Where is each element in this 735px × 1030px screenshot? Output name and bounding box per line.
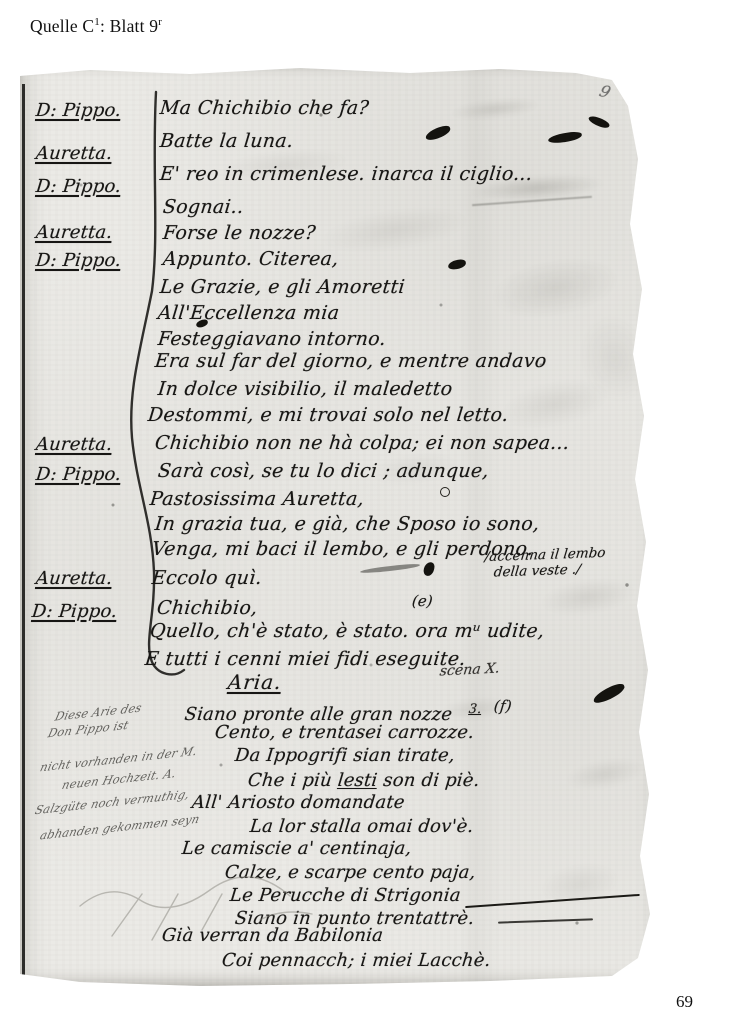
dialogue-line: Appunto. Citerea,	[162, 248, 340, 270]
dialogue-line: E' reo in crimenlese. inarca il ciglio..…	[159, 163, 534, 185]
pencil-scribble	[70, 844, 370, 954]
dialogue-line: In grazia tua, e già, che Sposo io sono,	[154, 513, 541, 535]
header-superscript-r: r	[158, 16, 162, 28]
header-text: Quelle C	[30, 16, 94, 36]
dialogue-line: Venga, mi baci il lembo, e gli perdono.	[151, 538, 535, 560]
ink-blot	[587, 114, 610, 131]
ink-blot	[424, 124, 452, 142]
speaker-label: D: Pippo.	[35, 176, 122, 197]
source-header: Quelle C1: Blatt 9r	[30, 16, 162, 37]
dialogue-line: Le Grazie, e gli Amoretti	[159, 276, 406, 298]
dialogue-line: Era sul far del giorno, e mentre andavo	[154, 350, 548, 372]
paper-specks	[20, 64, 22, 66]
bleed-through-smudge	[538, 573, 638, 620]
dialogue-line: E tutti i cenni miei fidi eseguite.	[144, 648, 467, 670]
speaker-label: Auretta.	[35, 568, 114, 589]
ink-smear	[360, 563, 420, 574]
speaker-label: D: Pippo.	[35, 250, 122, 271]
dialogue-line: All'Eccellenza mia	[157, 302, 341, 324]
speaker-label: D: Pippo.	[31, 601, 118, 622]
book-page: Quelle C1: Blatt 9r 9 D: Pippo. Auretta.…	[0, 0, 735, 1030]
aria-line: La lor stalla omai dov'è.	[249, 816, 475, 837]
scan-left-border	[22, 84, 25, 976]
ink-blot	[422, 561, 435, 577]
dialogue-line: Sognai..	[162, 196, 245, 218]
dialogue-line: Ma Chichibio che fa?	[159, 97, 370, 119]
aria-line: Cento, e trentasei carrozze.	[214, 722, 475, 743]
dialogue-line: Pastosissima Auretta,	[149, 488, 365, 510]
aria-line-text: son di piè.	[376, 770, 480, 791]
book-page-number: 69	[676, 992, 693, 1012]
dialogue-line: Eccolo quì.	[151, 567, 263, 589]
dialogue-line: In dolce visibilio, il maledetto	[157, 378, 454, 400]
aria-line: Da Ippogrifi sian tirate,	[234, 745, 456, 766]
stage-direction-note: della veste ./	[493, 561, 582, 580]
header-text-mid: : Blatt 9	[100, 16, 158, 36]
bleed-through-smudge	[368, 448, 461, 490]
dialogue-line: Quello, ch'è stato, è stato. ora mᵘ udit…	[149, 620, 546, 642]
aria-line: All' Ariosto domandate	[191, 792, 406, 813]
correction-mark: (e)	[411, 592, 433, 610]
dialogue-line: Chichibio non ne hà colpa; ei non sapea.…	[154, 432, 571, 454]
dialogue-line: Destommi, e mi trovai solo nel letto.	[147, 404, 510, 426]
dialogue-line: Chichibio,	[156, 597, 259, 619]
aria-line: Che i più lesti son di piè.	[247, 770, 481, 791]
dialogue-line: Batte la luna.	[159, 130, 295, 152]
speaker-label: Auretta.	[35, 434, 114, 455]
flourish-dash	[498, 918, 593, 924]
manuscript-scan: 9 D: Pippo. Auretta. D: Pippo. Auretta. …	[20, 64, 670, 986]
german-marginal-note: abhanden gekommen seyn	[39, 811, 202, 842]
speaker-label: Auretta.	[35, 143, 114, 164]
ink-blot	[548, 131, 583, 145]
aria-heading: Aria.	[227, 670, 283, 694]
bleed-through-smudge	[537, 857, 623, 910]
folio-number: 9	[597, 81, 613, 101]
german-marginal-note: Salzgüte noch vermuthig,	[34, 787, 192, 818]
bleed-through-smudge	[449, 95, 540, 122]
scene-annotation: scena X.	[439, 660, 501, 679]
speaker-label: Auretta.	[35, 222, 114, 243]
underlined-word: lesti	[337, 770, 379, 791]
speaker-label: D: Pippo.	[35, 464, 122, 485]
ink-blot	[447, 259, 466, 271]
bleed-through-smudge	[318, 200, 472, 260]
ink-blot	[591, 681, 626, 705]
bleed-through-smudge	[563, 753, 647, 794]
dialogue-line: Forse le nozze?	[162, 222, 317, 244]
aria-line-text: Che i più	[247, 770, 339, 791]
ink-ring-mark	[440, 487, 450, 497]
dialogue-line: Festeggiavano intorno.	[157, 328, 387, 350]
speaker-label: D: Pippo.	[35, 100, 122, 121]
